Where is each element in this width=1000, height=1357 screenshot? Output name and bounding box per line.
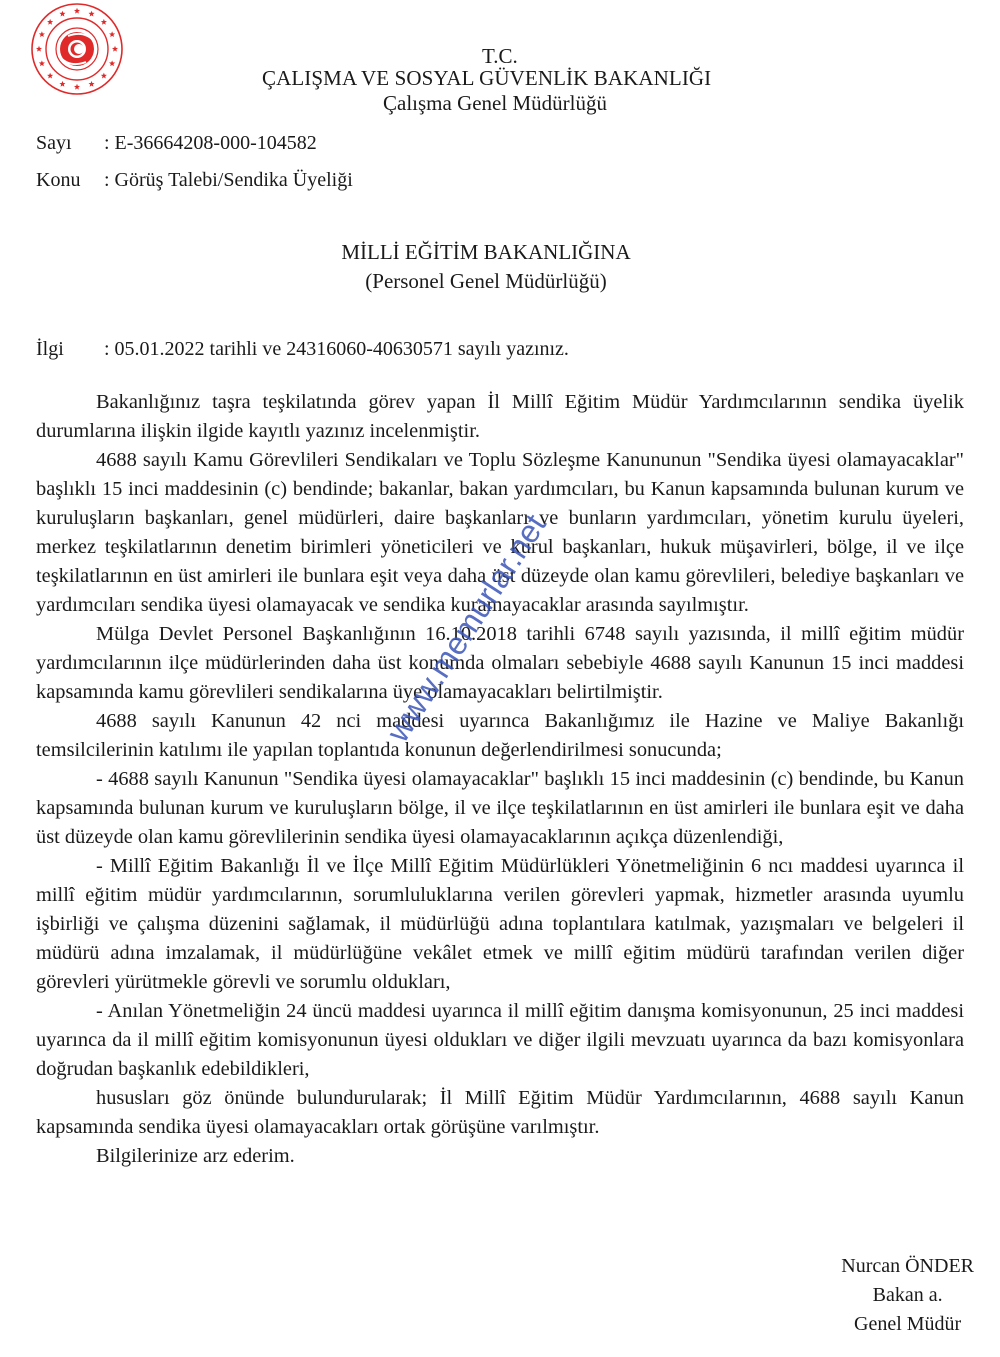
paragraph: Bakanlığınız taşra teşkilatında görev ya… [36,388,964,446]
paragraph: 4688 sayılı Kamu Görevlileri Sendikaları… [36,446,964,620]
konu-value: : Görüş Talebi/Sendika Üyeliği [104,169,353,192]
sayi-value: : E-36664208-000-104582 [104,132,317,155]
addressee-unit: (Personel Genel Müdürlüğü) [0,269,986,294]
paragraph: - Millî Eğitim Bakanlığı İl ve İlçe Mill… [36,852,964,997]
directorate-name: Çalışma Genel Müdürlüğü [383,91,607,115]
ministry-name: ÇALIŞMA VE SOSYAL GÜVENLİK BAKANLIĞI [262,66,711,90]
paragraph: hususları göz önünde bulundurularak; İl … [36,1084,964,1142]
state-name: T.C. [482,44,518,68]
signatory-title: Genel Müdür [841,1310,974,1339]
ministry-seal-icon [30,2,124,96]
ilgi-value: : 05.01.2022 tarihli ve 24316060-4063057… [104,338,569,361]
paragraph: - 4688 sayılı Kanunun "Sendika üyesi ola… [36,765,964,852]
ilgi-label: İlgi [36,338,64,361]
paragraph: 4688 sayılı Kanunun 42 nci maddesi uyarı… [36,707,964,765]
signature-block: Nurcan ÖNDER Bakan a. Genel Müdür [841,1252,974,1339]
sayi-label: Sayı [36,132,72,155]
paragraph: Bilgilerinize arz ederim. [36,1142,964,1171]
paragraph: Mülga Devlet Personel Başkanlığının 16.1… [36,620,964,707]
konu-label: Konu [36,169,80,192]
paragraph: - Anılan Yönetmeliğin 24 üncü maddesi uy… [36,997,964,1084]
letter-body: Bakanlığınız taşra teşkilatında görev ya… [36,388,964,1171]
signatory-on-behalf: Bakan a. [841,1281,974,1310]
signatory-name: Nurcan ÖNDER [841,1252,974,1281]
addressee-ministry: MİLLİ EĞİTİM BAKANLIĞINA [0,240,986,265]
